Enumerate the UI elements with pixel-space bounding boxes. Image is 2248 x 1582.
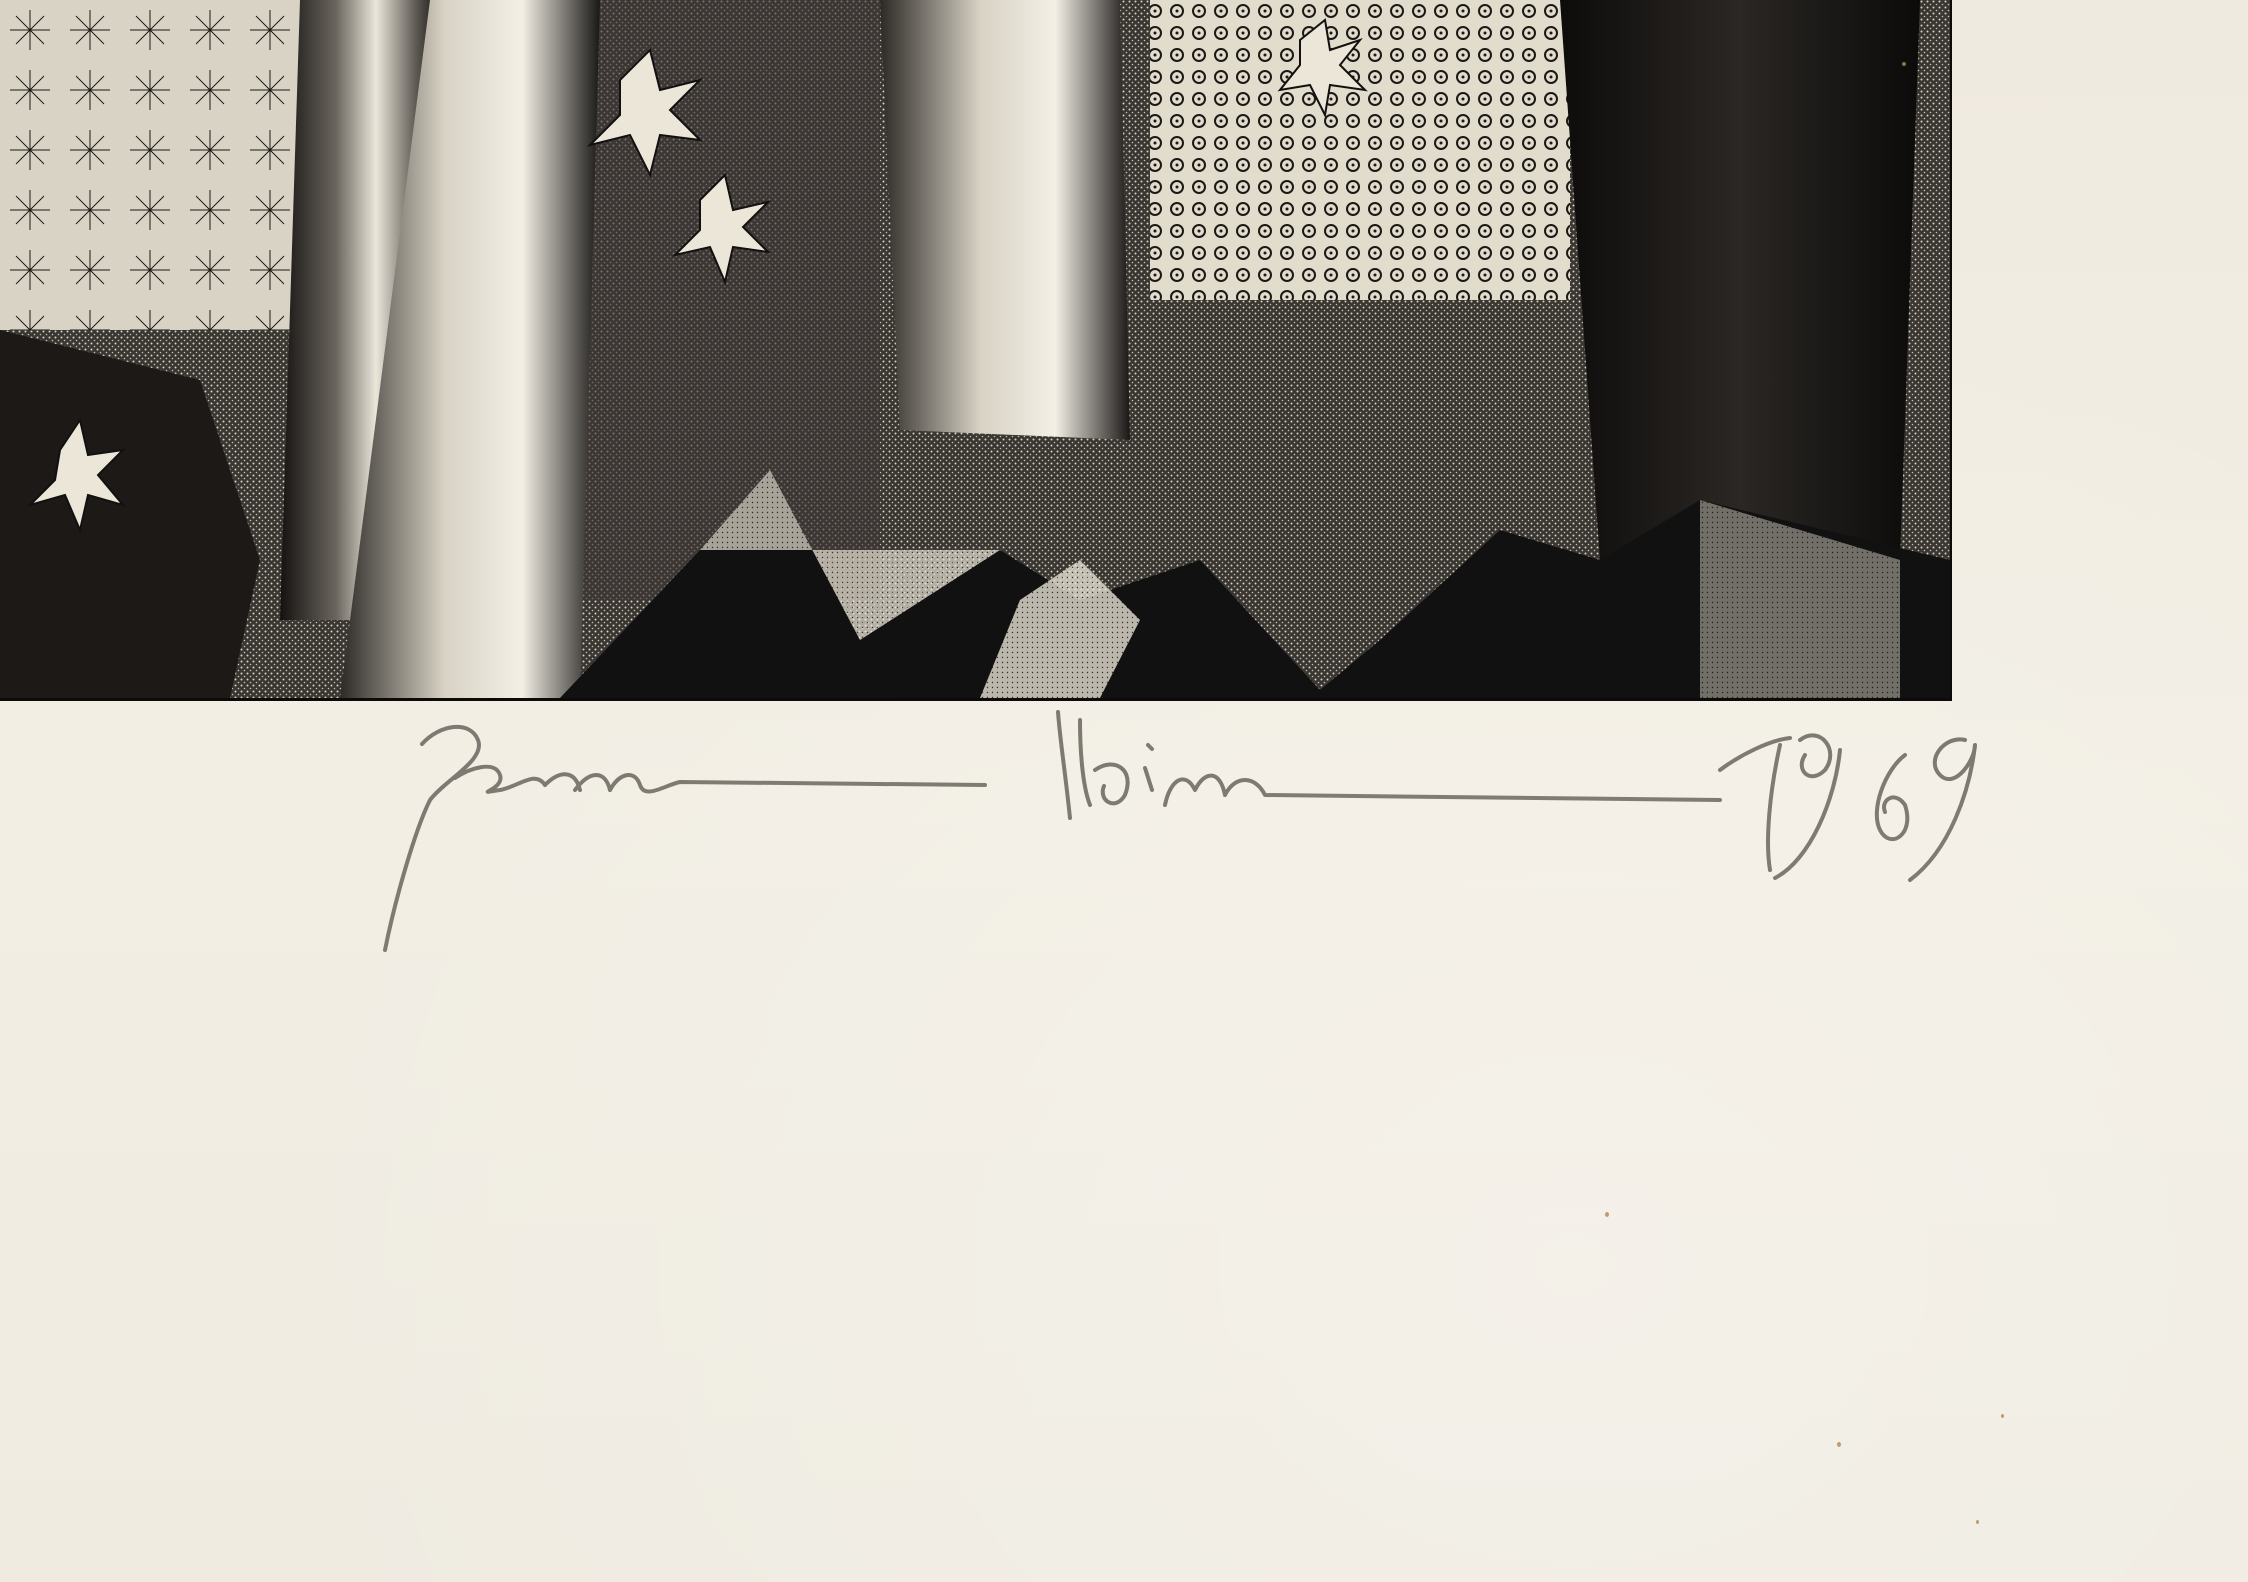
paper-speck: [1902, 62, 1906, 66]
paper-sheet: Ferenc Kovacs 1969: [0, 0, 2248, 1582]
printed-image: [0, 0, 1952, 701]
paper-speck: [1976, 1520, 1979, 1524]
paper-speck: [1837, 1442, 1841, 1447]
paper-speck: [1605, 1212, 1609, 1217]
paper-speck: [2001, 1414, 2004, 1418]
